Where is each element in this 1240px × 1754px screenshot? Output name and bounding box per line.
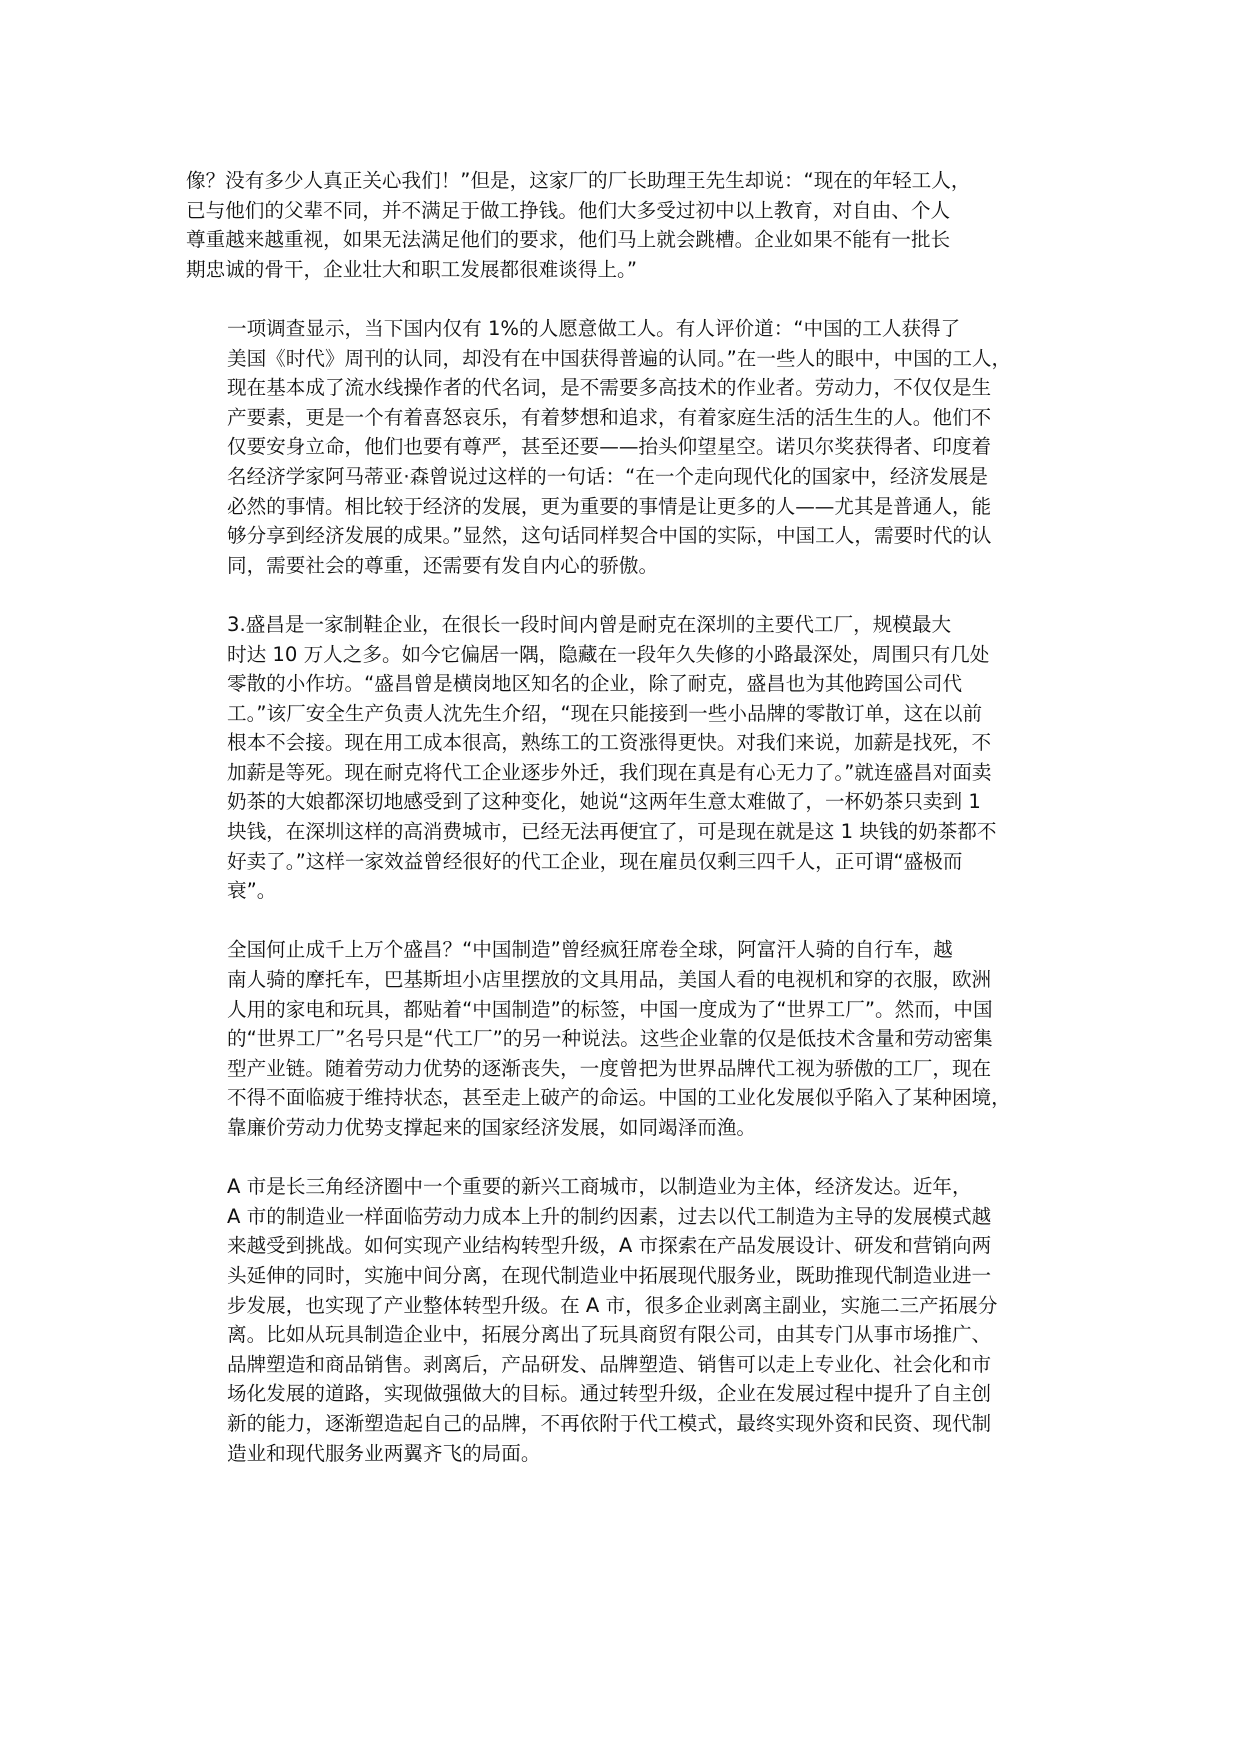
text-line: 同，需要社会的尊重，还需要有发自内心的骄傲。 bbox=[186, 551, 1086, 581]
text-line: 不得不面临疲于维持状态，甚至走上破产的命运。中国的工业化发展似乎陷入了某种困境， bbox=[186, 1083, 1086, 1113]
text-line: 全国何止成千上万个盛昌？“中国制造”曾经疯狂席卷全球，阿富汗人骑的自行车，越 bbox=[186, 935, 1086, 965]
text-line: 奶茶的大娘都深切地感受到了这种变化，她说“这两年生意太难做了，一杯奶茶只卖到 1 bbox=[186, 787, 1086, 817]
text-line: 仅要安身立命，他们也要有尊严，甚至还要——抬头仰望星空。诺贝尔奖获得者、印度着 bbox=[186, 432, 1086, 462]
text-line: 南人骑的摩托车，巴基斯坦小店里摆放的文具用品，美国人看的电视机和穿的衣服，欧洲 bbox=[186, 965, 1086, 995]
text-line: 像？没有多少人真正关心我们！”但是，这家厂的厂长助理王先生却说：“现在的年轻工人… bbox=[186, 166, 1086, 196]
document-page: 像？没有多少人真正关心我们！”但是，这家厂的厂长助理王先生却说：“现在的年轻工人… bbox=[186, 166, 1086, 1498]
text-line: 根本不会接。现在用工成本很高，熟练工的工资涨得更快。对我们来说，加薪是找死，不 bbox=[186, 728, 1086, 758]
paragraph-a-city: A 市是长三角经济圈中一个重要的新兴工商城市，以制造业为主体，经济发达。近年， … bbox=[186, 1172, 1086, 1468]
text-line: 够分享到经济发展的成果。”显然，这句话同样契合中国的实际，中国工人，需要时代的认 bbox=[186, 521, 1086, 551]
text-line: 一项调查显示，当下国内仅有 1%的人愿意做工人。有人评价道：“中国的工人获得了 bbox=[186, 314, 1086, 344]
text-line: 现在基本成了流水线操作者的代名词，是不需要多高技术的作业者。劳动力，不仅仅是生 bbox=[186, 373, 1086, 403]
text-line: 的“世界工厂”名号只是“代工厂”的另一种说法。这些企业靠的仅是低技术含量和劳动密… bbox=[186, 1024, 1086, 1054]
text-line: 型产业链。随着劳动力优势的逐渐丧失，一度曾把为世界品牌代工视为骄傲的工厂，现在 bbox=[186, 1054, 1086, 1084]
text-line: 零散的小作坊。“盛昌曾是横岗地区知名的企业，除了耐克，盛昌也为其他跨国公司代 bbox=[186, 669, 1086, 699]
text-line: 新的能力，逐渐塑造起自己的品牌，不再依附于代工模式，最终实现外资和民资、现代制 bbox=[186, 1409, 1086, 1439]
text-line: 加薪是等死。现在耐克将代工企业逐步外迁，我们现在真是有心无力了。”就连盛昌对面卖 bbox=[186, 758, 1086, 788]
text-line: 步发展，也实现了产业整体转型升级。在 A 市，很多企业剥离主副业，实施二三产拓展… bbox=[186, 1291, 1086, 1321]
text-line: 人用的家电和玩具，都贴着“中国制造”的标签，中国一度成为了“世界工厂”。然而，中… bbox=[186, 995, 1086, 1025]
text-line: 造业和现代服务业两翼齐飞的局面。 bbox=[186, 1439, 1086, 1469]
text-line: 名经济学家阿马蒂亚·森曾说过这样的一句话：“在一个走向现代化的国家中，经济发展是 bbox=[186, 462, 1086, 492]
text-line: 工。”该厂安全生产负责人沈先生介绍，“现在只能接到一些小品牌的零散订单，这在以前 bbox=[186, 699, 1086, 729]
text-line: 尊重越来越重视，如果无法满足他们的要求，他们马上就会跳槽。企业如果不能有一批长 bbox=[186, 225, 1086, 255]
paragraph-shengchang: 3.盛昌是一家制鞋企业，在很长一段时间内曾是耐克在深圳的主要代工厂，规模最大 时… bbox=[186, 610, 1086, 906]
text-line: 来越受到挑战。如何实现产业结构转型升级，A 市探索在产品发展设计、研发和营销向两 bbox=[186, 1231, 1086, 1261]
text-line: 离。比如从玩具制造企业中，拓展分离出了玩具商贸有限公司，由其专门从事市场推广、 bbox=[186, 1320, 1086, 1350]
text-line: 时达 10 万人之多。如今它偏居一隅，隐藏在一段年久失修的小路最深处，周围只有几… bbox=[186, 640, 1086, 670]
text-line: 好卖了。”这样一家效益曾经很好的代工企业，现在雇员仅剩三四千人，正可谓“盛极而 bbox=[186, 847, 1086, 877]
text-line: 期忠诚的骨干，企业壮大和职工发展都很难谈得上。” bbox=[186, 255, 1086, 285]
paragraph-worker-quote: 像？没有多少人真正关心我们！”但是，这家厂的厂长助理王先生却说：“现在的年轻工人… bbox=[186, 166, 1086, 284]
text-line: 场化发展的道路，实现做强做大的目标。通过转型升级，企业在发展过程中提升了自主创 bbox=[186, 1379, 1086, 1409]
text-line: 产要素，更是一个有着喜怒哀乐，有着梦想和追求，有着家庭生活的活生生的人。他们不 bbox=[186, 403, 1086, 433]
text-line: 已与他们的父辈不同，并不满足于做工挣钱。他们大多受过初中以上教育，对自由、个人 bbox=[186, 196, 1086, 226]
paragraph-survey: 一项调查显示，当下国内仅有 1%的人愿意做工人。有人评价道：“中国的工人获得了 … bbox=[186, 314, 1086, 580]
paragraph-made-in-china: 全国何止成千上万个盛昌？“中国制造”曾经疯狂席卷全球，阿富汗人骑的自行车，越 南… bbox=[186, 935, 1086, 1142]
text-line: 美国《时代》周刊的认同，却没有在中国获得普遍的认同。”在一些人的眼中，中国的工人… bbox=[186, 344, 1086, 374]
text-line: 衰”。 bbox=[186, 876, 1086, 906]
text-line: A 市的制造业一样面临劳动力成本上升的制约因素，过去以代工制造为主导的发展模式越 bbox=[186, 1202, 1086, 1232]
text-line: 品牌塑造和商品销售。剥离后，产品研发、品牌塑造、销售可以走上专业化、社会化和市 bbox=[186, 1350, 1086, 1380]
text-line: 块钱，在深圳这样的高消费城市，已经无法再便宜了，可是现在就是这 1 块钱的奶茶都… bbox=[186, 817, 1086, 847]
text-line: A 市是长三角经济圈中一个重要的新兴工商城市，以制造业为主体，经济发达。近年， bbox=[186, 1172, 1086, 1202]
text-line: 3.盛昌是一家制鞋企业，在很长一段时间内曾是耐克在深圳的主要代工厂，规模最大 bbox=[186, 610, 1086, 640]
text-line: 头延伸的同时，实施中间分离，在现代制造业中拓展现代服务业，既助推现代制造业进一 bbox=[186, 1261, 1086, 1291]
text-line: 必然的事情。相比较于经济的发展，更为重要的事情是让更多的人——尤其是普通人，能 bbox=[186, 492, 1086, 522]
text-line: 靠廉价劳动力优势支撑起来的国家经济发展，如同竭泽而渔。 bbox=[186, 1113, 1086, 1143]
